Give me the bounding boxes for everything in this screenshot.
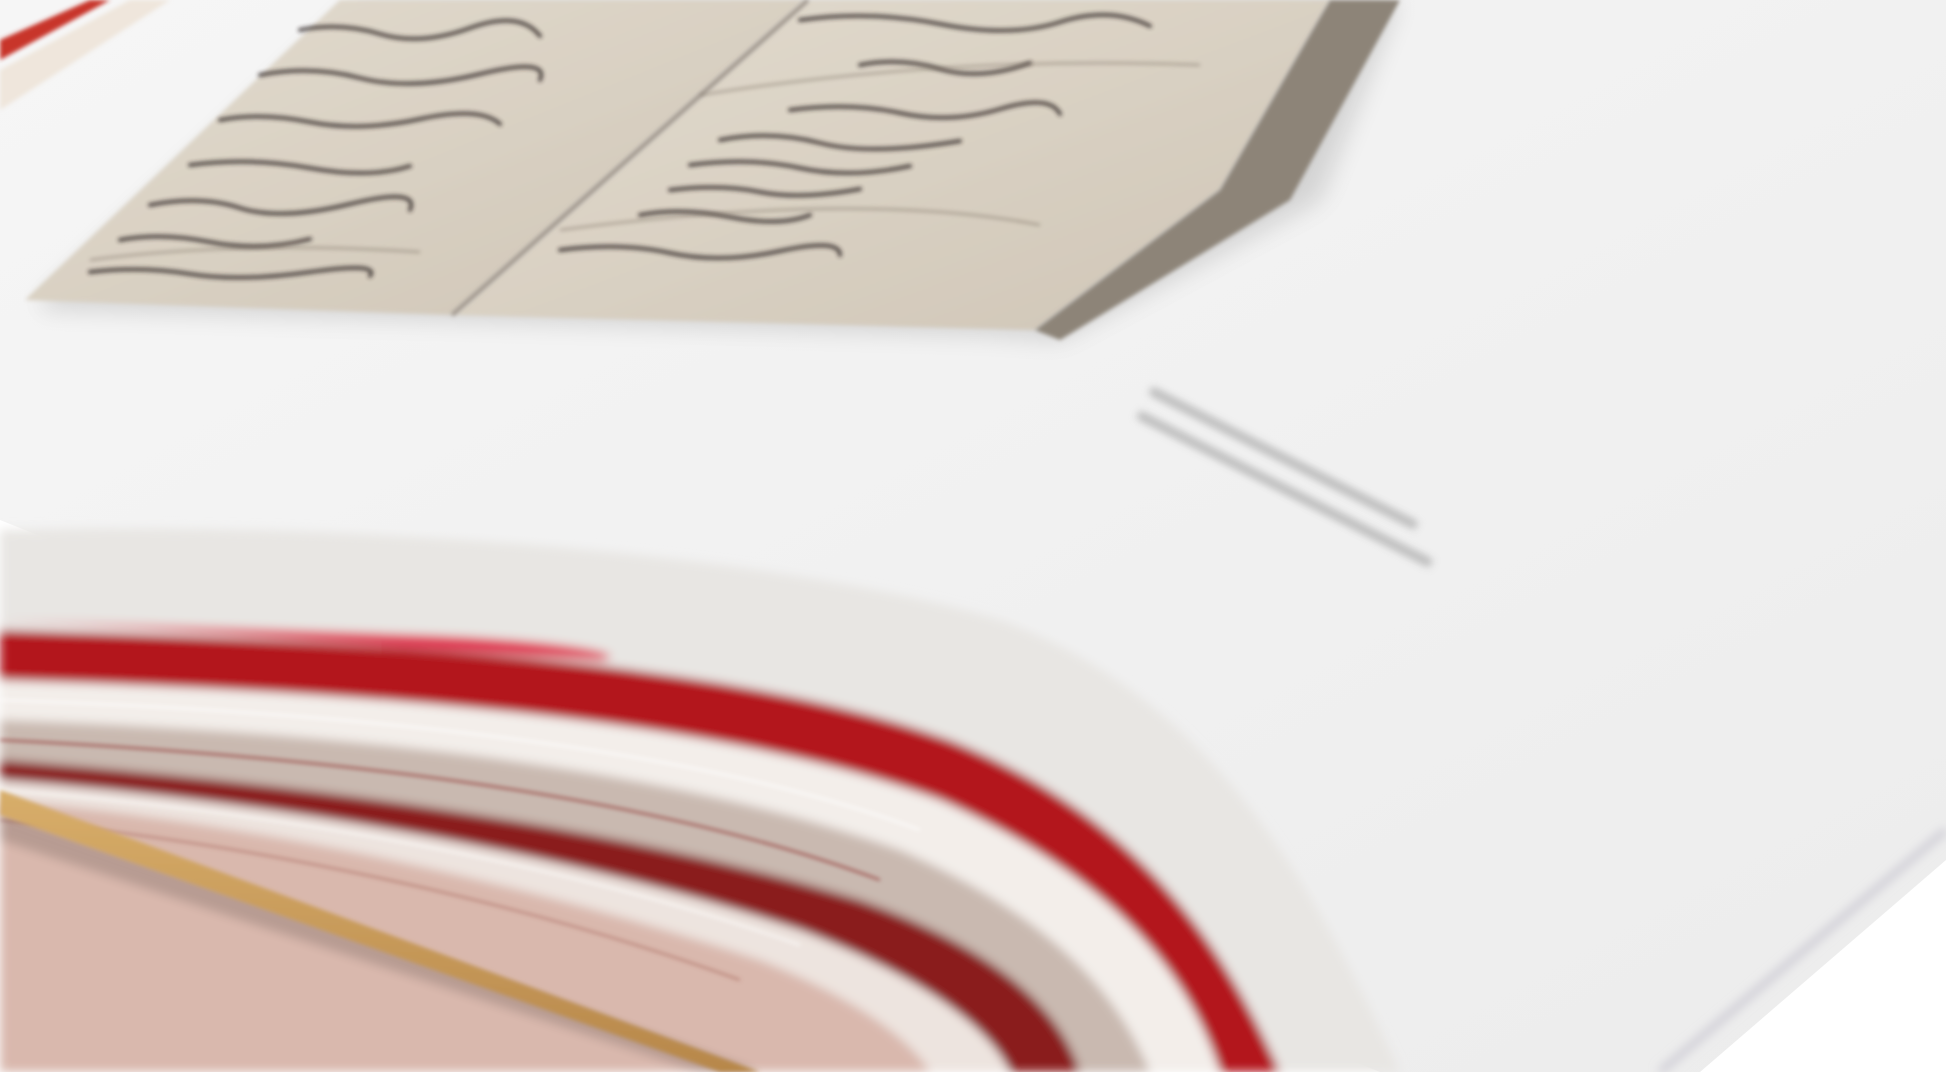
book-photo: [0, 0, 1946, 1072]
